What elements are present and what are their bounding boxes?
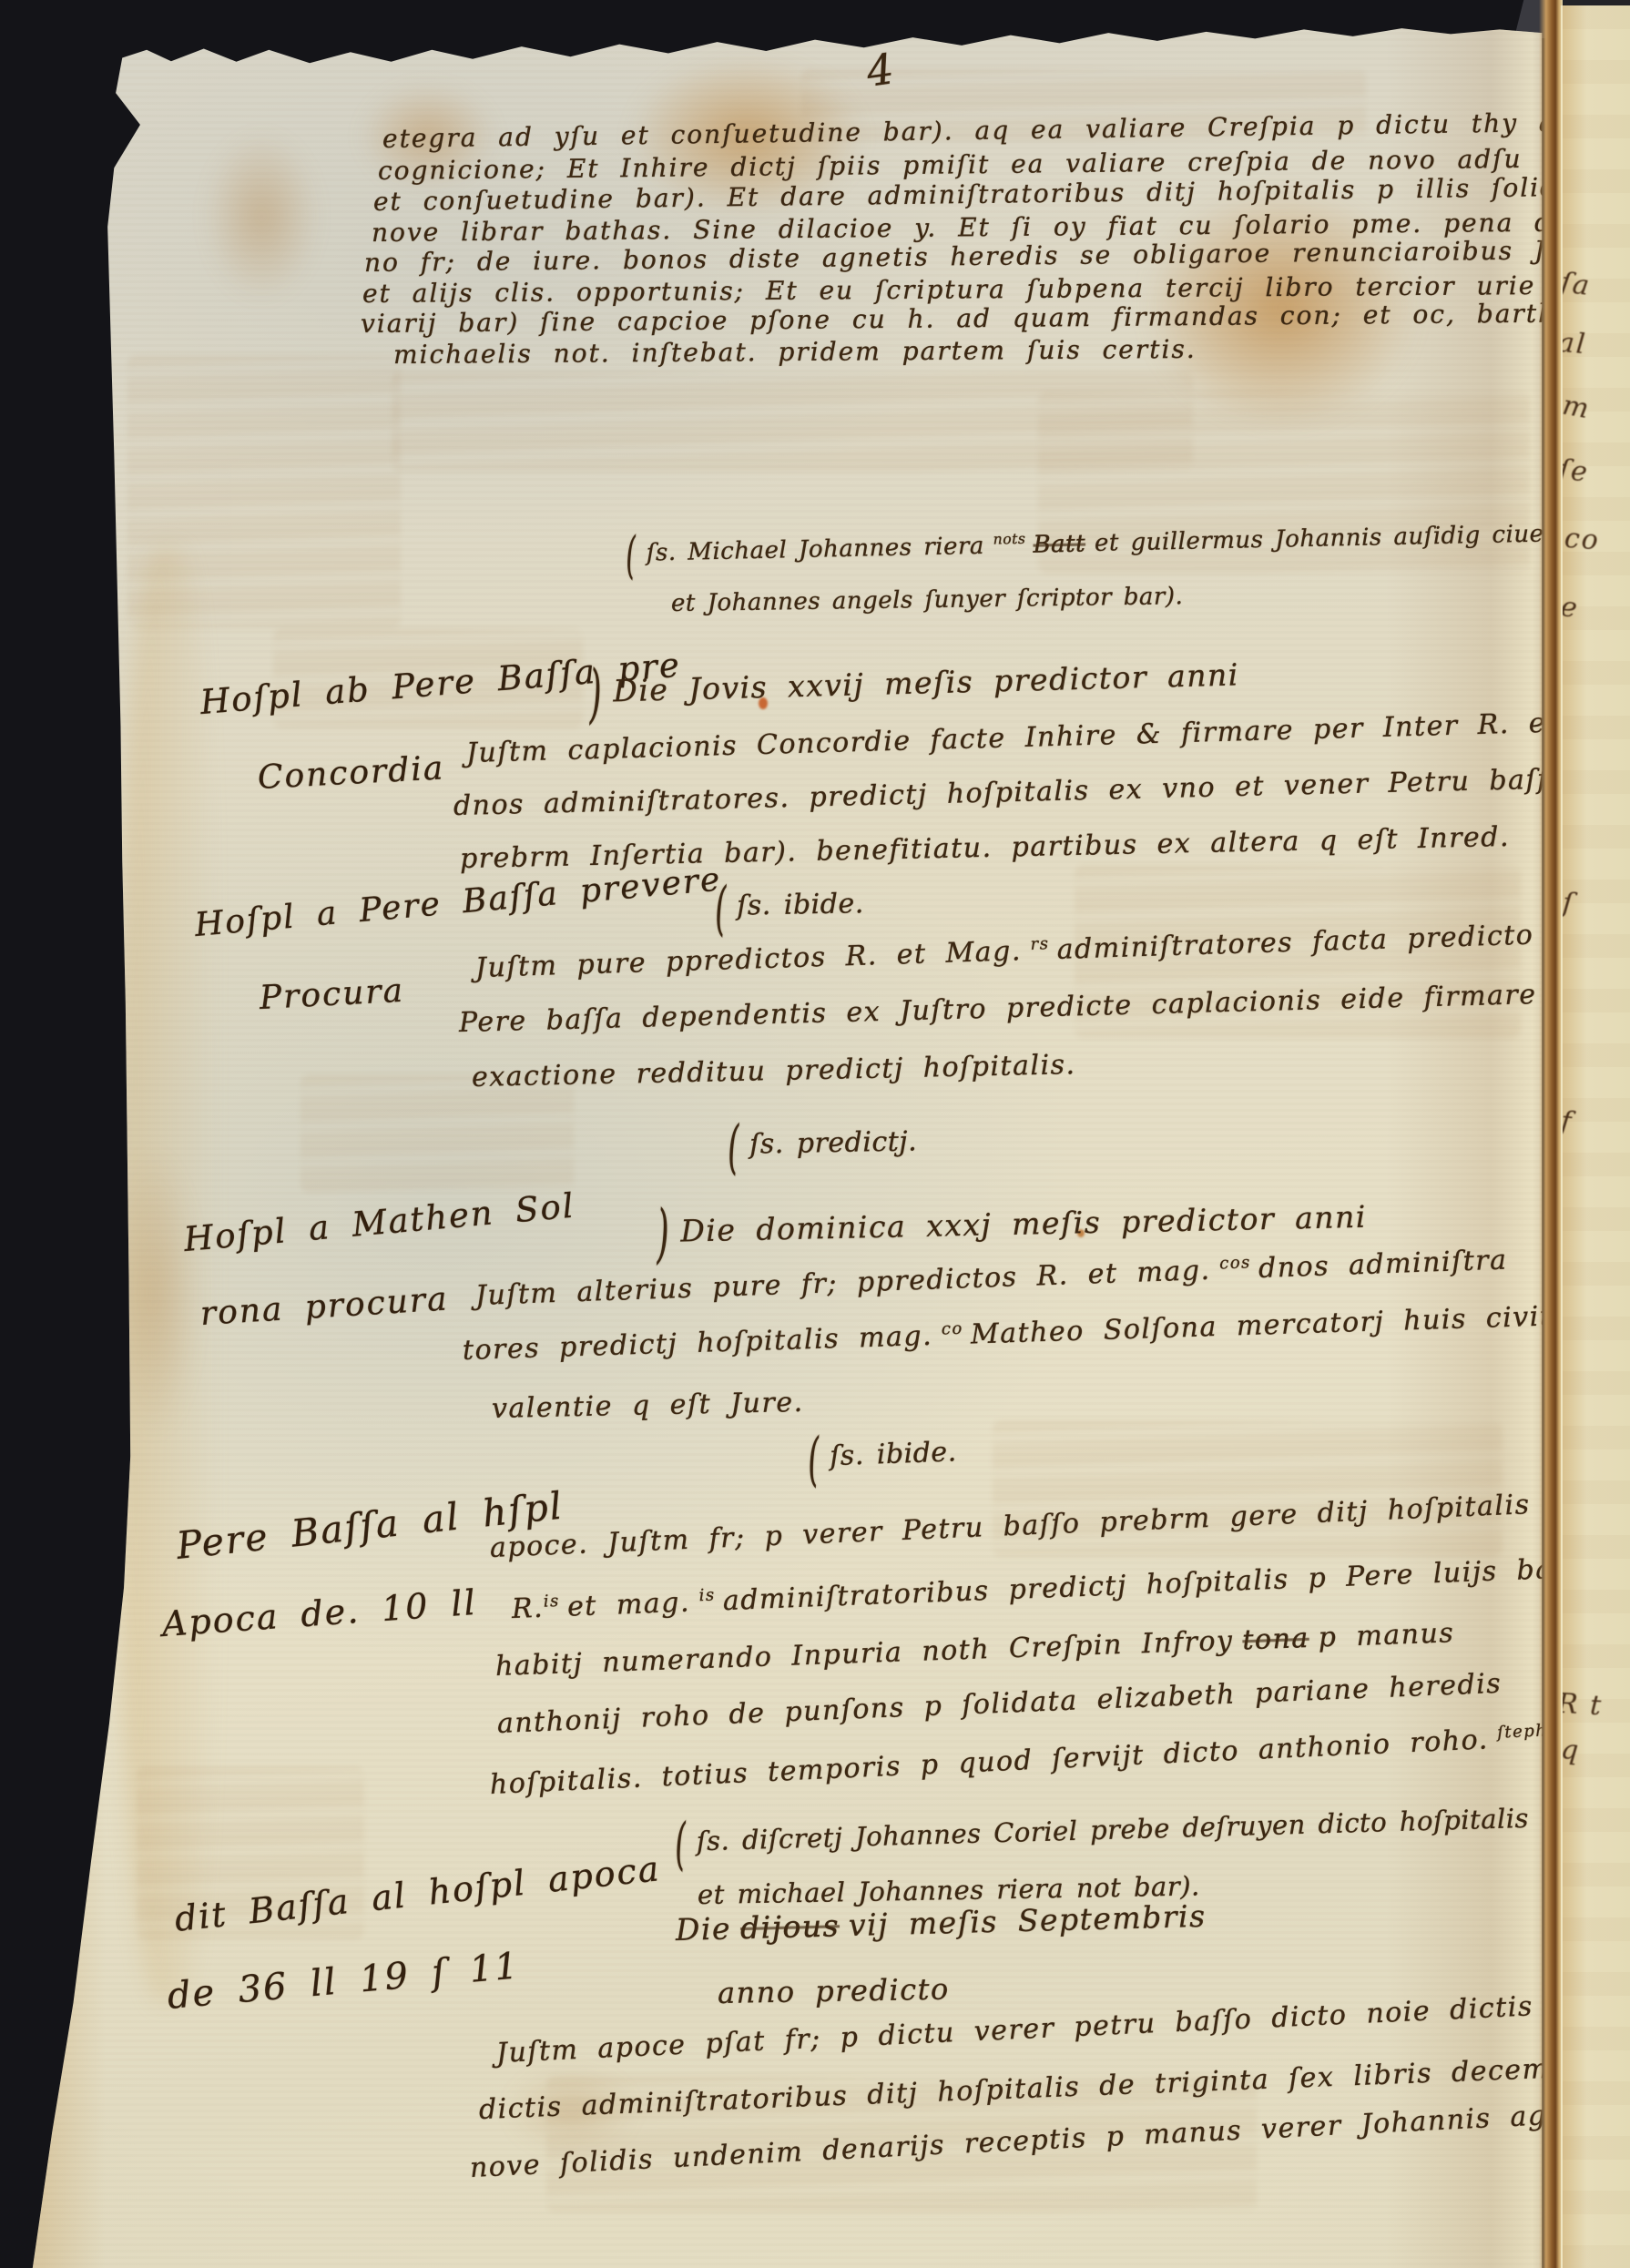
superscript-abbrev: cos [1219, 1253, 1251, 1273]
paraph-flourish: ( [728, 1113, 740, 1182]
superscript-abbrev: rs [1030, 934, 1049, 954]
ink-fragment: f [1561, 1105, 1574, 1138]
witness-text: ſs. predictj. [749, 1125, 917, 1160]
ink-fragment: q [1561, 1734, 1582, 1767]
manuscript-photo: 4 etegra ad yſu et conſuetudine bar). aq… [0, 0, 1630, 2268]
entry-date: anno predicto [718, 1972, 950, 2010]
strikethrough-word: tona [1242, 1622, 1310, 1657]
interlinear-insertion: nots [993, 531, 1025, 548]
paraph-flourish: ( [626, 526, 637, 585]
strikethrough-word: Batt [1033, 530, 1085, 558]
strikethrough-word: dijous [740, 1907, 840, 1946]
ink-fragment: co [1564, 523, 1601, 557]
witness-line: (ſs. ibide. [808, 1436, 957, 1473]
ink-fragment: ſ [1561, 887, 1575, 920]
ink-fragment: e [1561, 591, 1581, 625]
entry-line: valentie q eſt Jure. [492, 1387, 804, 1425]
entry-text: R. [511, 1592, 544, 1625]
paraph-flourish: ) [588, 658, 604, 732]
entry-text: et mag. [566, 1586, 690, 1622]
next-page-edge: ſa al m ſe co e ſ f R t q [1561, 5, 1630, 2268]
book-gutter-fold [1539, 0, 1563, 2268]
ink-fragment: al [1561, 327, 1588, 361]
ink-fragment: ſa [1561, 267, 1593, 302]
ink-fragment: R t [1561, 1688, 1604, 1723]
superscript-abbrev: is [698, 1585, 716, 1605]
manuscript-page: 4 etegra ad yſu et conſuetudine bar). aq… [0, 0, 1630, 2268]
superscript-abbrev: is [543, 1592, 560, 1612]
witness-line: (ſs. ibide. [716, 888, 864, 922]
entry-text: p manus [1318, 1617, 1455, 1653]
paraph-flourish: ( [674, 1813, 688, 1878]
date-text: Die [675, 1910, 731, 1948]
paraph-flourish: ) [656, 1198, 671, 1272]
witness-text: ſs. ibide. [830, 1436, 958, 1472]
ink-fragment: ſe [1561, 453, 1591, 488]
margin-note: Procura [259, 972, 405, 1017]
superscript-abbrev: co [942, 1319, 964, 1339]
ink-fragment: m [1561, 390, 1593, 426]
opening-line: michaelis not. inſtebat. pridem partem ſ… [393, 334, 1197, 370]
witness-line: (ſs. predictj. [728, 1125, 918, 1161]
paraph-flourish: ( [807, 1424, 821, 1493]
witness-text: ſs. ibide. [737, 888, 864, 921]
